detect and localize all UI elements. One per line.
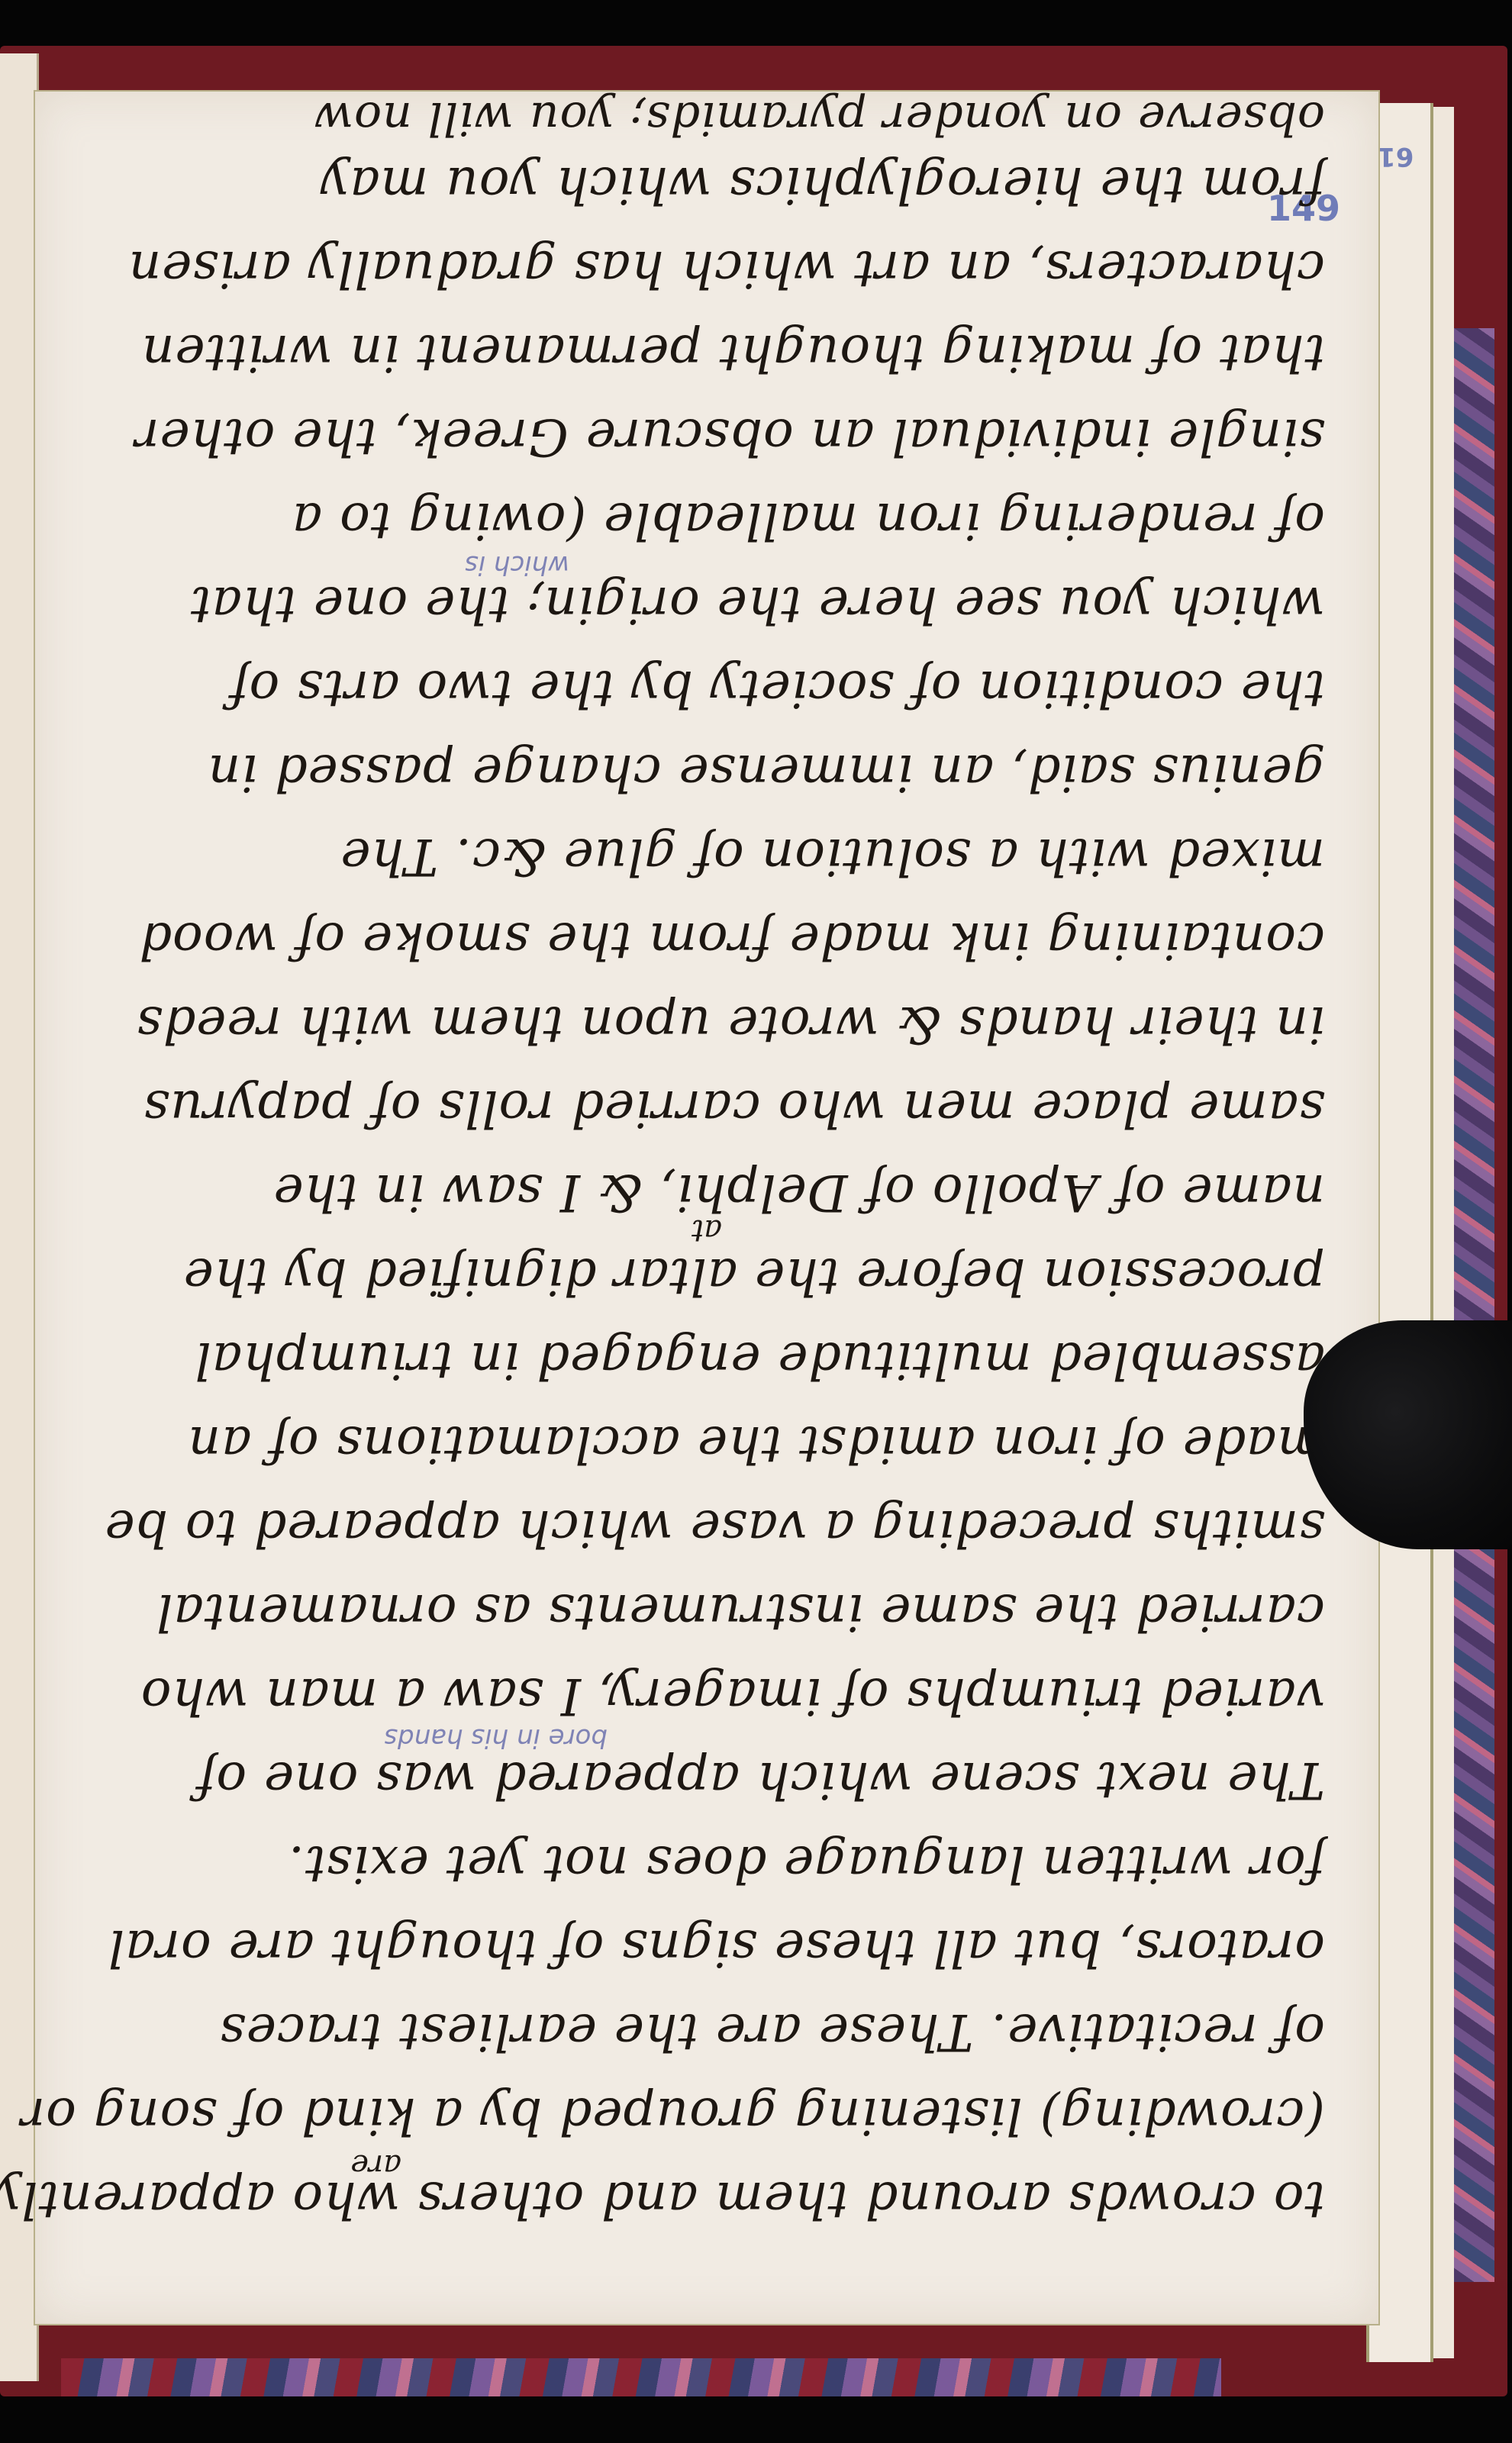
ink-insertion: are — [350, 2148, 401, 2183]
manuscript-line: smiths preceding a vase which appeared t… — [81, 1503, 1325, 1553]
manuscript-line: varied triumphs of imagery, I saw a man … — [81, 1671, 1325, 1721]
manuscript-line: in their hands & wrote upon them with re… — [81, 999, 1325, 1049]
manuscript-line: to crowds around them and others who app… — [81, 2174, 1325, 2225]
manuscript-line: made of iron amidst the acclamations of … — [81, 1419, 1325, 1469]
manuscript-line: genius said, an immense change passed in — [81, 747, 1325, 798]
manuscript-line: from the hieroglyphics which you may — [81, 160, 1325, 210]
manuscript-line: single individual an obscure Greek, the … — [81, 411, 1325, 462]
pencil-annotation: which is — [465, 550, 569, 580]
pencil-annotation: bore in his hands — [384, 1723, 608, 1753]
manuscript-line: orators, but all these signs of thought … — [81, 1922, 1325, 1973]
manuscript-line: characters, an art which has gradually a… — [81, 243, 1325, 294]
manuscript-line: mixed with a solution of glue &c. The — [81, 831, 1325, 881]
manuscript-line: assembled multitude engaged in triumphal — [81, 1335, 1325, 1385]
manuscript-line: for written language does not yet exist. — [81, 1839, 1325, 1889]
manuscript-line: (crowding) listening grouped by a kind o… — [81, 2090, 1325, 2141]
manuscript-line: carried the same instruments as ornament… — [81, 1587, 1325, 1637]
manuscript-text-rotated: 149 to crowds around them and others who… — [35, 92, 1378, 2324]
manuscript-line: which you see here the origin; the one t… — [81, 579, 1325, 630]
manuscript-page: 149 to crowds around them and others who… — [34, 90, 1380, 2325]
manuscript-line: procession before the altar dignified by… — [81, 1251, 1325, 1301]
manuscript-line: of rendering iron malleable (owing to a — [81, 495, 1325, 546]
manuscript-line: that of making thought permanent in writ… — [81, 327, 1325, 378]
marbled-endpaper-right — [1450, 328, 1494, 2282]
manuscript-line: observe on yonder pyramids; you will now — [81, 95, 1325, 141]
manuscript-line: name of Apollo of Delphi, & I saw in the — [81, 1167, 1325, 1217]
manuscript-line: of recitative. These are the earliest tr… — [81, 2006, 1325, 2057]
marbled-endpaper-bottom — [61, 2358, 1221, 2396]
manuscript-line: the condition of society by the two arts… — [81, 663, 1325, 714]
manuscript-line: containing ink made from the smoke of wo… — [81, 915, 1325, 965]
adjacent-page-number: 61 — [1378, 141, 1414, 172]
ink-insertion: at — [692, 1213, 722, 1248]
manuscript-line: The next scene which appeared was one of — [81, 1755, 1325, 1805]
manuscript-line: same place men who carried rolls of papy… — [81, 1083, 1325, 1133]
